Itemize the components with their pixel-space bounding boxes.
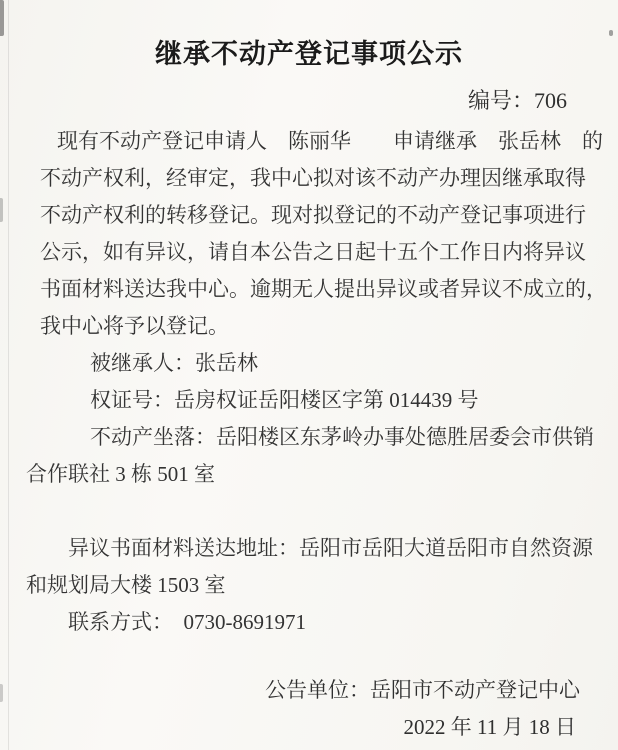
body-line-3: 不动产权利的转移登记。现对拟登记的不动产登记事项进行 (40, 197, 604, 234)
location-line-1: 不动产坐落：岳阳楼区东茅岭办事处德胜居委会市供销 (40, 419, 604, 456)
body-line-1: 现有不动产登记申请人 陈丽华 申请继承 张岳林 的 (40, 123, 604, 160)
decedent-line: 被继承人：张岳林 (40, 345, 604, 382)
notice-title: 继承不动产登记事项公示 (0, 37, 618, 71)
contact-line: 联系方式： 0730-8691971 (26, 604, 604, 641)
notice-document: 继承不动产登记事项公示 编号：706 现有不动产登记申请人 陈丽华 申请继承 张… (0, 0, 618, 750)
body-line-6: 我中心将予以登记。 (40, 308, 604, 345)
body-line-2: 不动产权利，经审定，我中心拟对该不动产办理因继承取得 (40, 160, 604, 197)
date-line: 2022 年 11 月 18 日 (0, 709, 618, 746)
scan-smudge-top-left (0, 0, 4, 36)
scan-smudge-bottom-left (0, 684, 3, 702)
scan-edge-line (8, 0, 9, 750)
issuer-line: 公告单位：岳阳市不动产登记中心 (0, 672, 618, 709)
scan-smudge-mid-left (0, 198, 3, 222)
serial-number: 编号：706 (0, 88, 618, 114)
notice-body: 现有不动产登记申请人 陈丽华 申请继承 张岳林 的 不动产权利，经审定，我中心拟… (0, 123, 618, 641)
objection-address-line-1: 异议书面材料送达地址：岳阳市岳阳大道岳阳市自然资源 (26, 530, 604, 567)
body-line-4: 公示，如有异议，请自本公告之日起十五个工作日内将异议 (40, 234, 604, 271)
scan-speck-top-right (609, 30, 613, 36)
body-line-5: 书面材料送达我中心。逾期无人提出异议或者异议不成立的， (40, 271, 604, 308)
cert-number-line: 权证号：岳房权证岳阳楼区字第 014439 号 (40, 382, 604, 419)
objection-address-line-2: 和规划局大楼 1503 室 (26, 567, 604, 604)
location-line-2: 合作联社 3 栋 501 室 (26, 456, 604, 493)
